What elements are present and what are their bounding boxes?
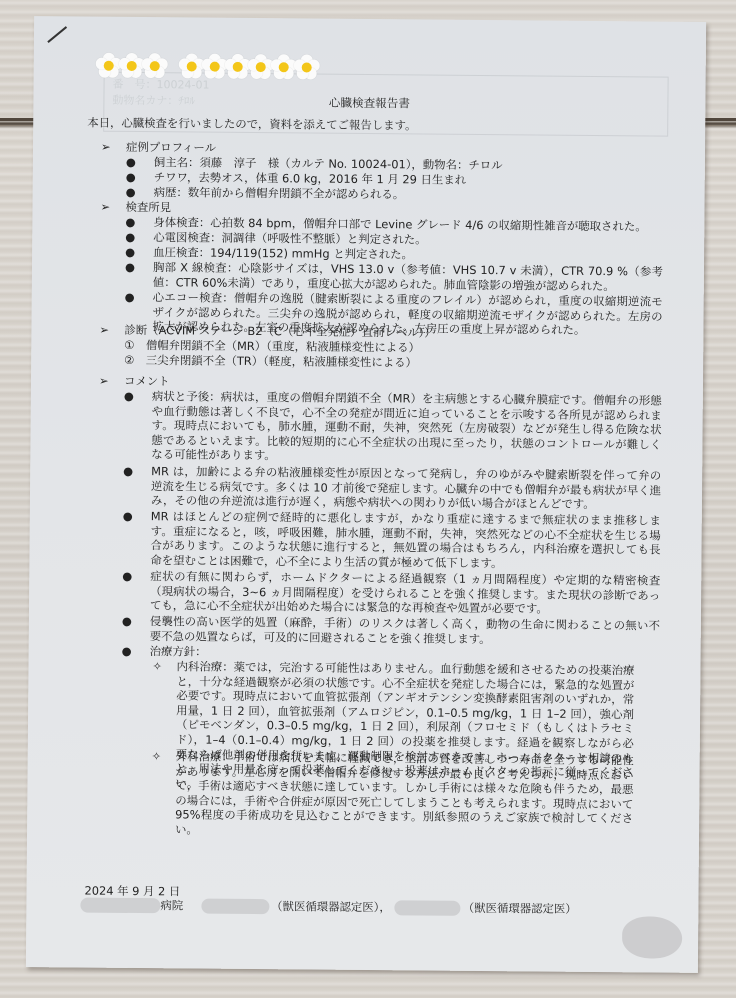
report-paper: 番 号：10024-01 動物名カナ：ﾁﾛﾙ 心臓検査報告書 本日，心臓検査を行…	[26, 16, 706, 973]
staple-icon	[47, 26, 67, 43]
intro-text: 本日，心臓検査を行いましたので，資料を添えてご報告します。	[87, 116, 416, 133]
diamond-bullet-icon: ✧	[152, 659, 162, 674]
redaction-flower-stickers	[96, 53, 317, 81]
bullet-icon: ●	[125, 245, 135, 260]
list-item: ●身体検査：心拍数 84 bpm，僧帽弁口部で Levine グレード 4/6 …	[125, 215, 655, 220]
item-text: ① 僧帽弁閉鎖不全（MR）（重度，粘液腫様変性による）	[124, 338, 420, 355]
report-date: 2024 年 9 月 2 日	[84, 884, 180, 899]
item-text: 外科治療：手術では病状を大幅に軽減でき，生活の質を改善しつつ寿命を全うする可能性…	[175, 749, 634, 841]
bullet-icon: ●	[126, 170, 136, 185]
item-text: 胸部 X 線検査：心陰影サイズは，VHS 13.0 v（参考値：VHS 10.7…	[153, 260, 663, 294]
arrow-bullet-icon: ➢	[99, 374, 109, 389]
arrow-bullet-icon: ➢	[99, 323, 109, 338]
signature-line: 病院 （獣医循環器認定医）， （獣医循環器認定医）	[80, 898, 576, 917]
arrow-bullet-icon: ➢	[101, 140, 111, 155]
redacted-doctor-name	[395, 900, 461, 916]
bullet-icon: ●	[123, 464, 133, 479]
doctor-cert: （獣医循環器認定医），	[271, 899, 391, 915]
item-text: 症状の有無に関わらず，ホームドクターによる経過観察（1 ヵ月間隔程度）や定期的な…	[150, 569, 660, 617]
redacted-doctor-name	[201, 899, 269, 915]
flower-sticker-icon	[142, 53, 168, 79]
list-item: ●病状と予後：病状は，重度の僧帽弁閉鎖不全（MR）を主病態とする心臓弁膜症です。…	[124, 389, 654, 394]
bullet-icon: ●	[122, 569, 132, 584]
item-text: 侵襲性の高い医学的処置（麻酔，手術）のリスクは著しく高く，動物の生命に関わること…	[150, 614, 660, 648]
redaction-blot	[622, 916, 682, 959]
bullet-icon: ●	[126, 185, 136, 200]
section-label: 検査所見	[125, 200, 171, 215]
item-text: 病歴：数年前から僧帽弁閉鎖不全が認められる。	[154, 185, 664, 204]
bullet-icon: ●	[122, 644, 132, 659]
bullet-icon: ●	[125, 290, 135, 305]
item-text: 病状と予後：病状は，重度の僧帽弁閉鎖不全（MR）を主病態とする心臓弁膜症です。僧…	[151, 389, 662, 466]
list-item: ●飼主名：須藤 淳子 様（カルテ No. 10024-01），動物名：チロル	[126, 155, 656, 160]
doctor-cert: （獣医循環器認定医）	[463, 901, 577, 917]
item-text: MR は，加齢による弁の粘液腫様変性が原因となって発病し，弁のゆがみや腱索断裂を…	[151, 464, 661, 512]
bullet-icon: ●	[123, 509, 133, 524]
item-text: MR はほとんどの症例で経時的に悪化しますが，かなり重症に達するまで無症状のまま…	[150, 509, 660, 572]
bullet-icon: ●	[125, 260, 135, 275]
item-text: ② 三尖弁閉鎖不全（TR）（軽度，粘液腫様変性による）	[124, 353, 417, 370]
flower-sticker-icon	[294, 54, 320, 80]
section-label: コメント	[124, 374, 170, 389]
redacted-hospital-name	[80, 898, 160, 914]
section-label: 症例プロフィール	[126, 140, 216, 155]
bullet-icon: ●	[126, 155, 136, 170]
bullet-icon: ●	[125, 215, 135, 230]
bullet-icon: ●	[124, 389, 134, 404]
bullet-icon: ●	[125, 230, 135, 245]
report-content: 心臓検査報告書 本日，心臓検査を行いましたので，資料を添えてご報告します。 ➢ …	[34, 16, 706, 22]
bullet-icon: ●	[122, 614, 132, 629]
arrow-bullet-icon: ➢	[100, 200, 110, 215]
hospital-suffix: 病院	[160, 898, 183, 913]
diamond-bullet-icon: ✧	[152, 749, 162, 764]
